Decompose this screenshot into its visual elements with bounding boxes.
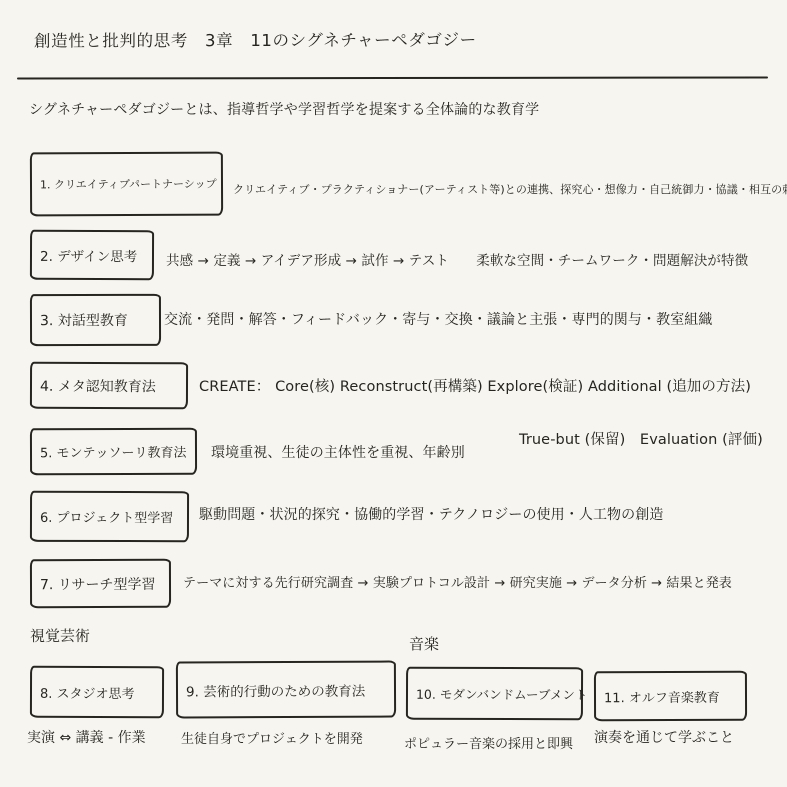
page-title: 創造性と批判的思考 3章 11のシグネチャーペダゴジー xyxy=(34,26,477,51)
pedagogy-description-1: クリエイティブ・プラクティショナー(アーティスト等)との連携、探究心・想像力・自… xyxy=(233,181,787,197)
pedagogy-label-10: 10. モダンバンドムーブメント xyxy=(416,684,587,703)
pedagogy-box-1: 1. クリエイティブパートナーシップ xyxy=(30,152,223,217)
pedagogy-description-2: 共感 → 定義 → アイデア形成 → 試作 → テスト 柔軟な空間・チームワーク… xyxy=(166,249,748,269)
pedagogy-box-9: 9. 芸術的行動のための教育法 xyxy=(176,661,396,719)
pedagogy-box-3: 3. 対話型教育 xyxy=(30,294,161,346)
handwritten-note-canvas: 創造性と批判的思考 3章 11のシグネチャーペダゴジー シグネチャーペダゴジーと… xyxy=(0,0,787,787)
pedagogy-box-10: 10. モダンバンドムーブメント xyxy=(406,667,583,721)
pedagogy-box-4: 4. メタ認知教育法 xyxy=(30,362,188,410)
pedagogy-description-4: CREATE： Core(核) Reconstruct(再構築) Explore… xyxy=(199,375,751,396)
pedagogy-description-3: 交流・発問・解答・フィードバック・寄与・交換・議論と主張・専門的関与・教室組織 xyxy=(164,309,713,329)
pedagogy-label-6: 6. プロジェクト型学習 xyxy=(40,507,173,526)
divider-line xyxy=(17,76,768,79)
pedagogy-box-7: 7. リサーチ型学習 xyxy=(30,559,171,608)
pedagogy-label-3: 3. 対話型教育 xyxy=(40,310,128,330)
pedagogy-caption-10: ポピュラー音楽の採用と即興 xyxy=(404,733,573,752)
pedagogy-label-7: 7. リサーチ型学習 xyxy=(40,573,156,593)
pedagogy-label-9: 9. 芸術的行動のための教育法 xyxy=(186,679,365,700)
section-label-visual-arts: 視覚芸術 xyxy=(30,625,90,646)
section-label-music: 音楽 xyxy=(409,633,439,654)
pedagogy-box-6: 6. プロジェクト型学習 xyxy=(30,491,189,542)
pedagogy-box-2: 2. デザイン思考 xyxy=(30,230,154,280)
pedagogy-caption-9: 生徒自身でプロジェクトを開発 xyxy=(181,728,363,747)
pedagogy-box-11: 11. オルフ音楽教育 xyxy=(594,671,747,722)
pedagogy-caption-8: 実演 ⇔ 講義 - 作業 xyxy=(27,727,146,747)
pedagogy-label-8: 8. スタジオ思考 xyxy=(40,682,135,701)
pedagogy-label-5: 5. モンテッソーリ教育法 xyxy=(40,442,187,462)
pedagogy-description-4-continued: True-but (保留) Evaluation (評価) xyxy=(519,428,763,449)
pedagogy-label-11: 11. オルフ音楽教育 xyxy=(604,686,720,705)
pedagogy-description-7: テーマに対する先行研究調査 → 実験プロトコル設計 → 研究実施 → データ分析… xyxy=(183,572,732,591)
pedagogy-description-5: 環境重視、生徒の主体性を重視、年齢別 xyxy=(211,442,465,462)
pedagogy-caption-11: 演奏を通じて学ぶこと xyxy=(594,727,734,747)
pedagogy-description-6: 駆動問題・状況的探究・協働的学習・テクノロジーの使用・人工物の創造 xyxy=(199,504,663,524)
pedagogy-label-1: 1. クリエイティブパートナーシップ xyxy=(40,176,217,193)
pedagogy-label-4: 4. メタ認知教育法 xyxy=(40,375,156,395)
page-subtitle: シグネチャーペダゴジーとは、指導哲学や学習哲学を提案する全体論的な教育学 xyxy=(29,99,539,119)
pedagogy-label-2: 2. デザイン思考 xyxy=(40,245,137,265)
pedagogy-box-8: 8. スタジオ思考 xyxy=(30,666,164,718)
pedagogy-box-5: 5. モンテッソーリ教育法 xyxy=(30,428,197,476)
